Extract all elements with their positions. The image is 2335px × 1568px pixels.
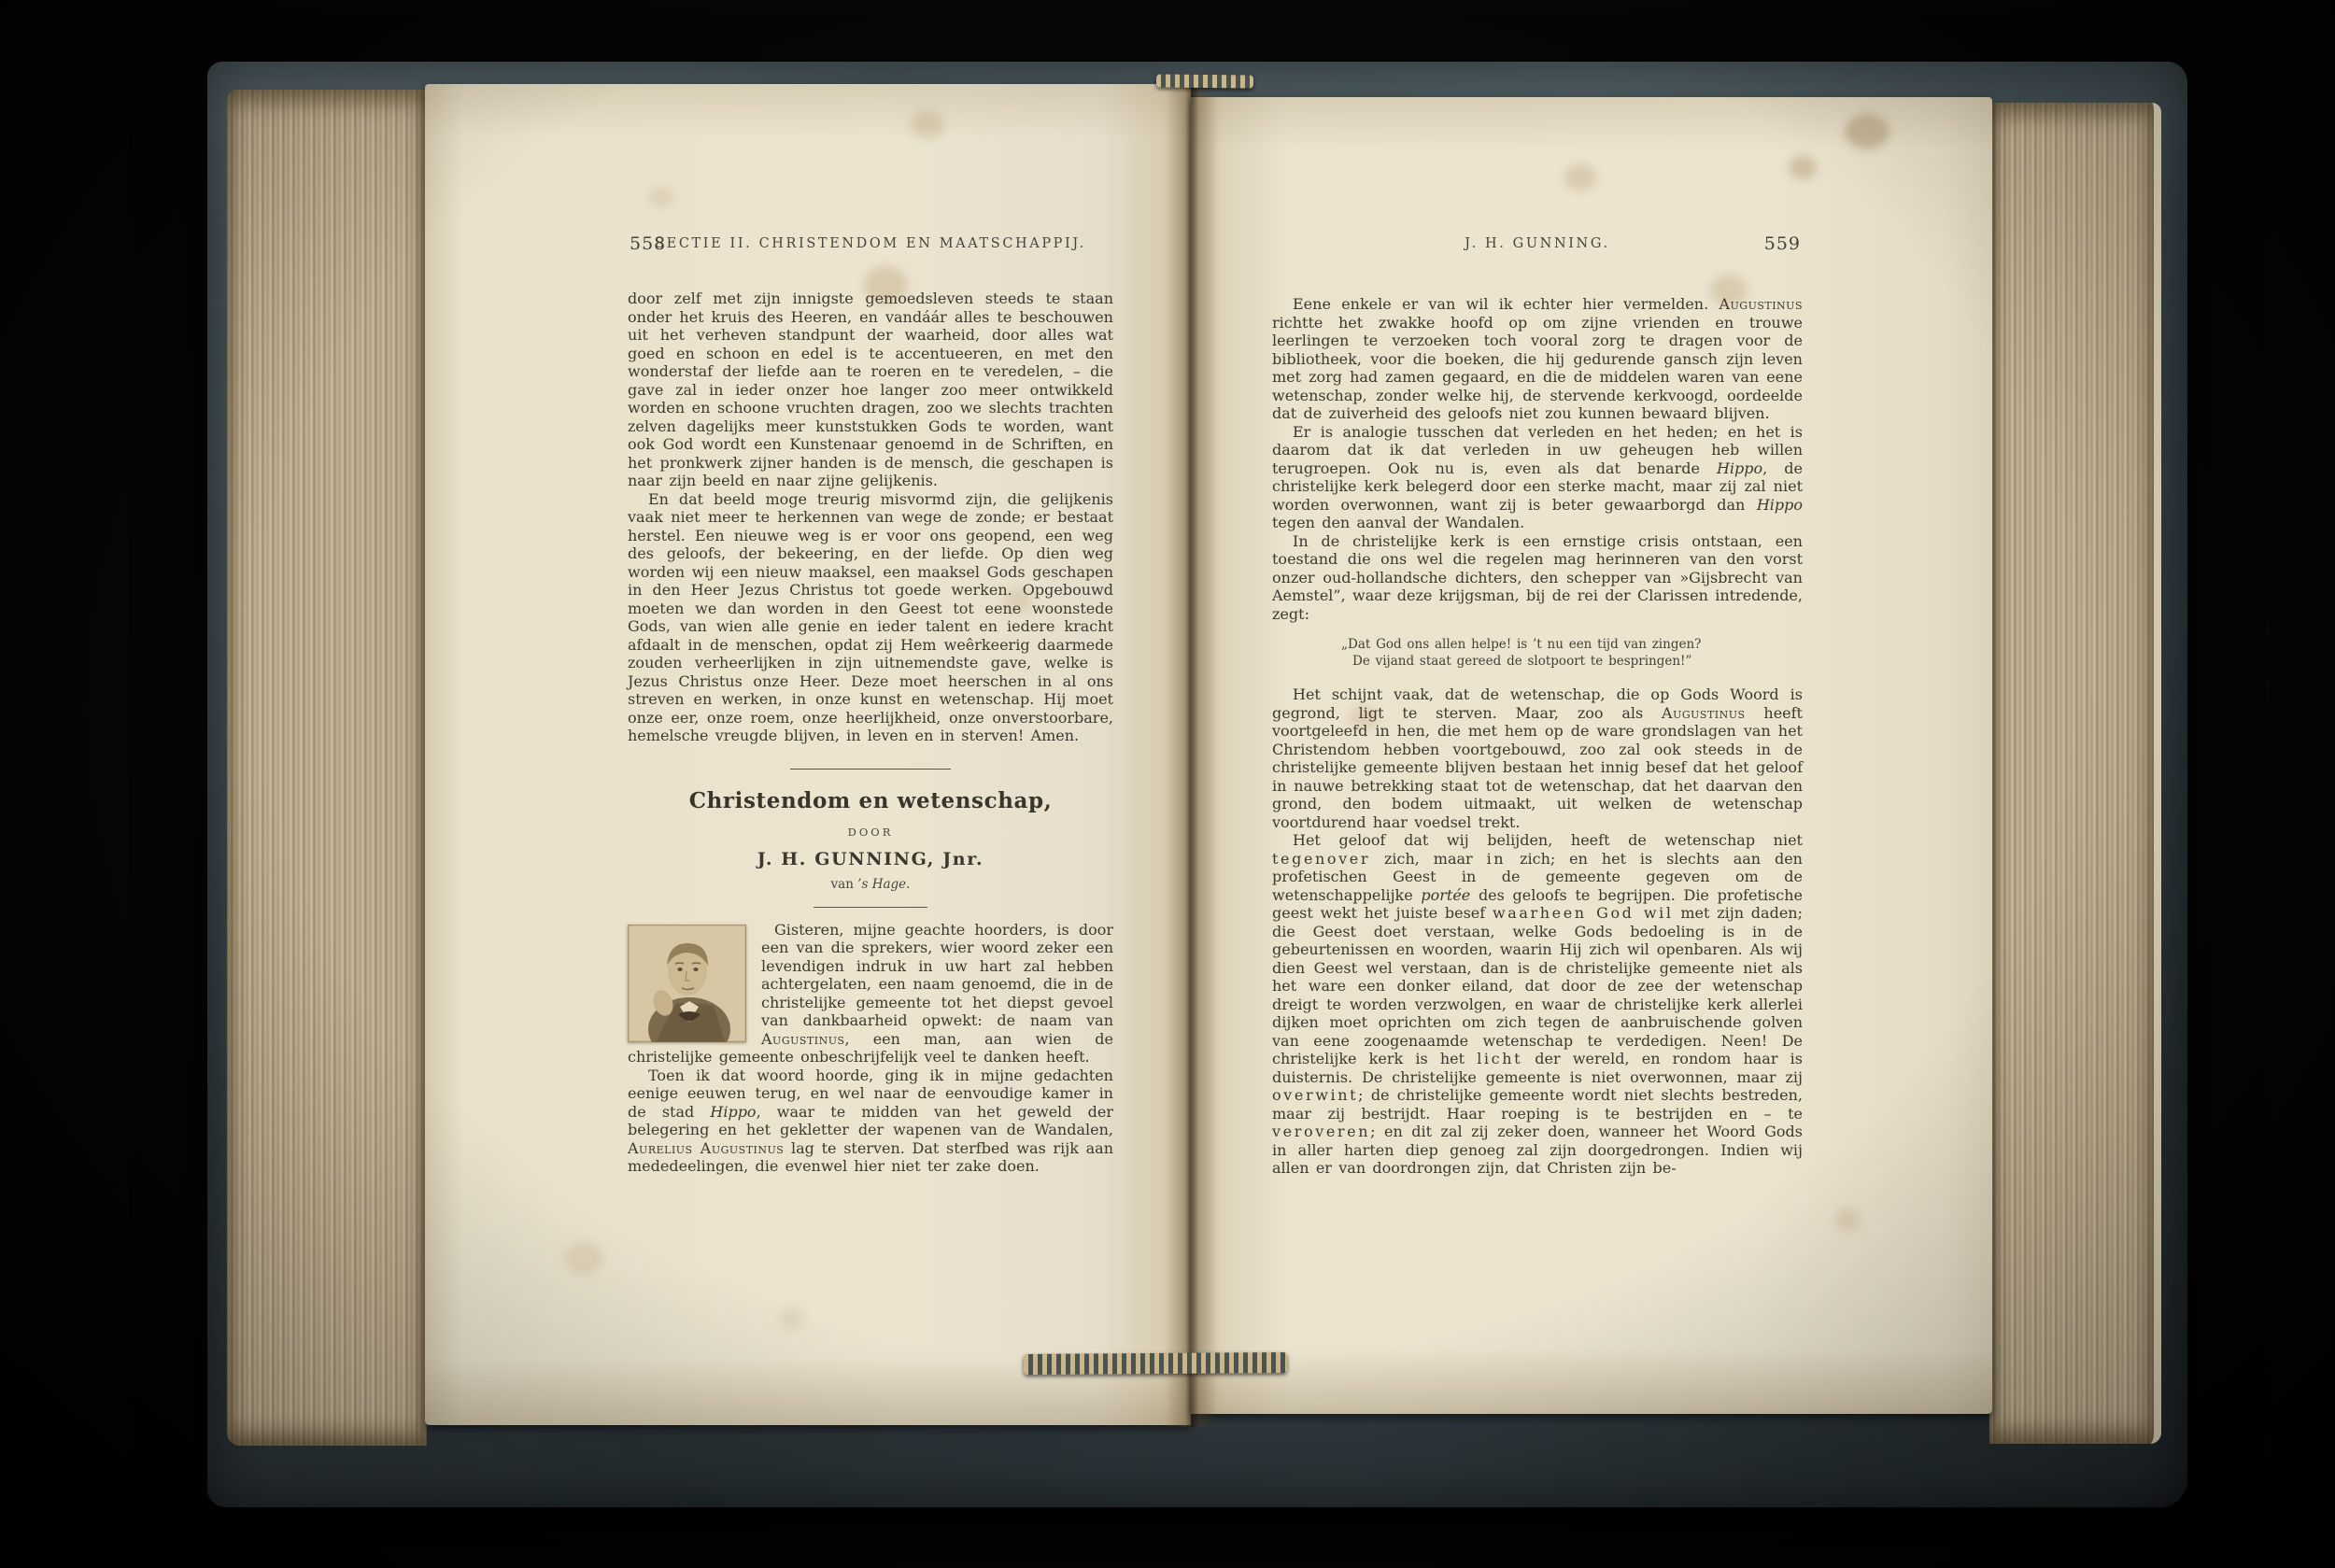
section-divider	[790, 769, 951, 770]
section-title: Christendom en wetenschap,	[628, 788, 1113, 813]
byline-label: DOOR	[628, 826, 1113, 839]
right-page-content: J. H. GUNNING. 559 Eene enkele er van wi…	[1272, 233, 1803, 1178]
verse-line: De vijand staat gereed de slotpoort te b…	[1352, 654, 1803, 671]
paragraph: En dat beeld moge treurig misvormd zijn,…	[628, 490, 1113, 745]
paragraph: Het geloof dat wij belijden, heeft de we…	[1272, 831, 1803, 1178]
paragraph: Het schijnt vaak, dat de wetenschap, die…	[1272, 685, 1803, 831]
book-photograph: 558 SECTIE II. CHRISTENDOM EN MAATSCHAPP…	[0, 0, 2335, 1568]
foxing-stain	[911, 110, 944, 138]
spine-endband-top	[1156, 74, 1253, 88]
portrait-illustration	[628, 925, 746, 1042]
foxing-stain	[780, 1307, 804, 1330]
paragraph: door zelf met zijn innigste gemoedsleven…	[628, 290, 1113, 490]
verse-line: „Dat God ons allen helpe! is ’t nu een t…	[1341, 637, 1803, 654]
right-page-number: 559	[1764, 233, 1801, 254]
right-running-head: J. H. GUNNING. 559	[1272, 233, 1803, 258]
verse-quote: „Dat God ons allen helpe! is ’t nu een t…	[1341, 637, 1803, 670]
foxing-stain	[565, 1242, 602, 1274]
foxing-stain	[1564, 164, 1596, 191]
spine-endband-bottom	[1024, 1352, 1287, 1375]
right-page-stack-edge	[1989, 103, 2161, 1444]
foxing-stain	[1845, 114, 1889, 149]
section-heading: Christendom en wetenschap, DOOR J. H. GU…	[628, 788, 1113, 892]
left-page-number: 558	[630, 233, 666, 254]
left-page-stack-edge	[227, 90, 427, 1446]
paragraph: Eene enkele er van wil ik echter hier ve…	[1272, 295, 1803, 423]
portrait-photo	[628, 925, 746, 1042]
left-page-content: 558 SECTIE II. CHRISTENDOM EN MAATSCHAPP…	[628, 233, 1113, 1176]
paragraph: Toen ik dat woord hoorde, ging ik in mij…	[628, 1067, 1113, 1176]
author-origin: van ’s Hage.	[628, 877, 1113, 892]
foxing-stain	[649, 187, 673, 207]
right-running-title: J. H. GUNNING.	[1272, 233, 1803, 251]
left-page-body: door zelf met zijn innigste gemoedsleven…	[628, 290, 1113, 1176]
paragraph: Er is analogie tusschen dat verleden en …	[1272, 423, 1803, 532]
lecture-opening: Gisteren, mijne geachte hoorders, is doo…	[628, 921, 1113, 1176]
section-divider	[814, 907, 927, 908]
foxing-stain	[1835, 1208, 1860, 1231]
paragraph: In de christelijke kerk is een ernstige …	[1272, 532, 1803, 624]
foxing-stain	[1789, 155, 1817, 179]
left-running-head: 558 SECTIE II. CHRISTENDOM EN MAATSCHAPP…	[628, 233, 1113, 258]
left-running-title: SECTIE II. CHRISTENDOM EN MAATSCHAPPIJ.	[628, 233, 1113, 251]
author-name: J. H. GUNNING, Jnr.	[628, 849, 1113, 869]
right-page-body: Eene enkele er van wil ik echter hier ve…	[1272, 295, 1803, 1178]
